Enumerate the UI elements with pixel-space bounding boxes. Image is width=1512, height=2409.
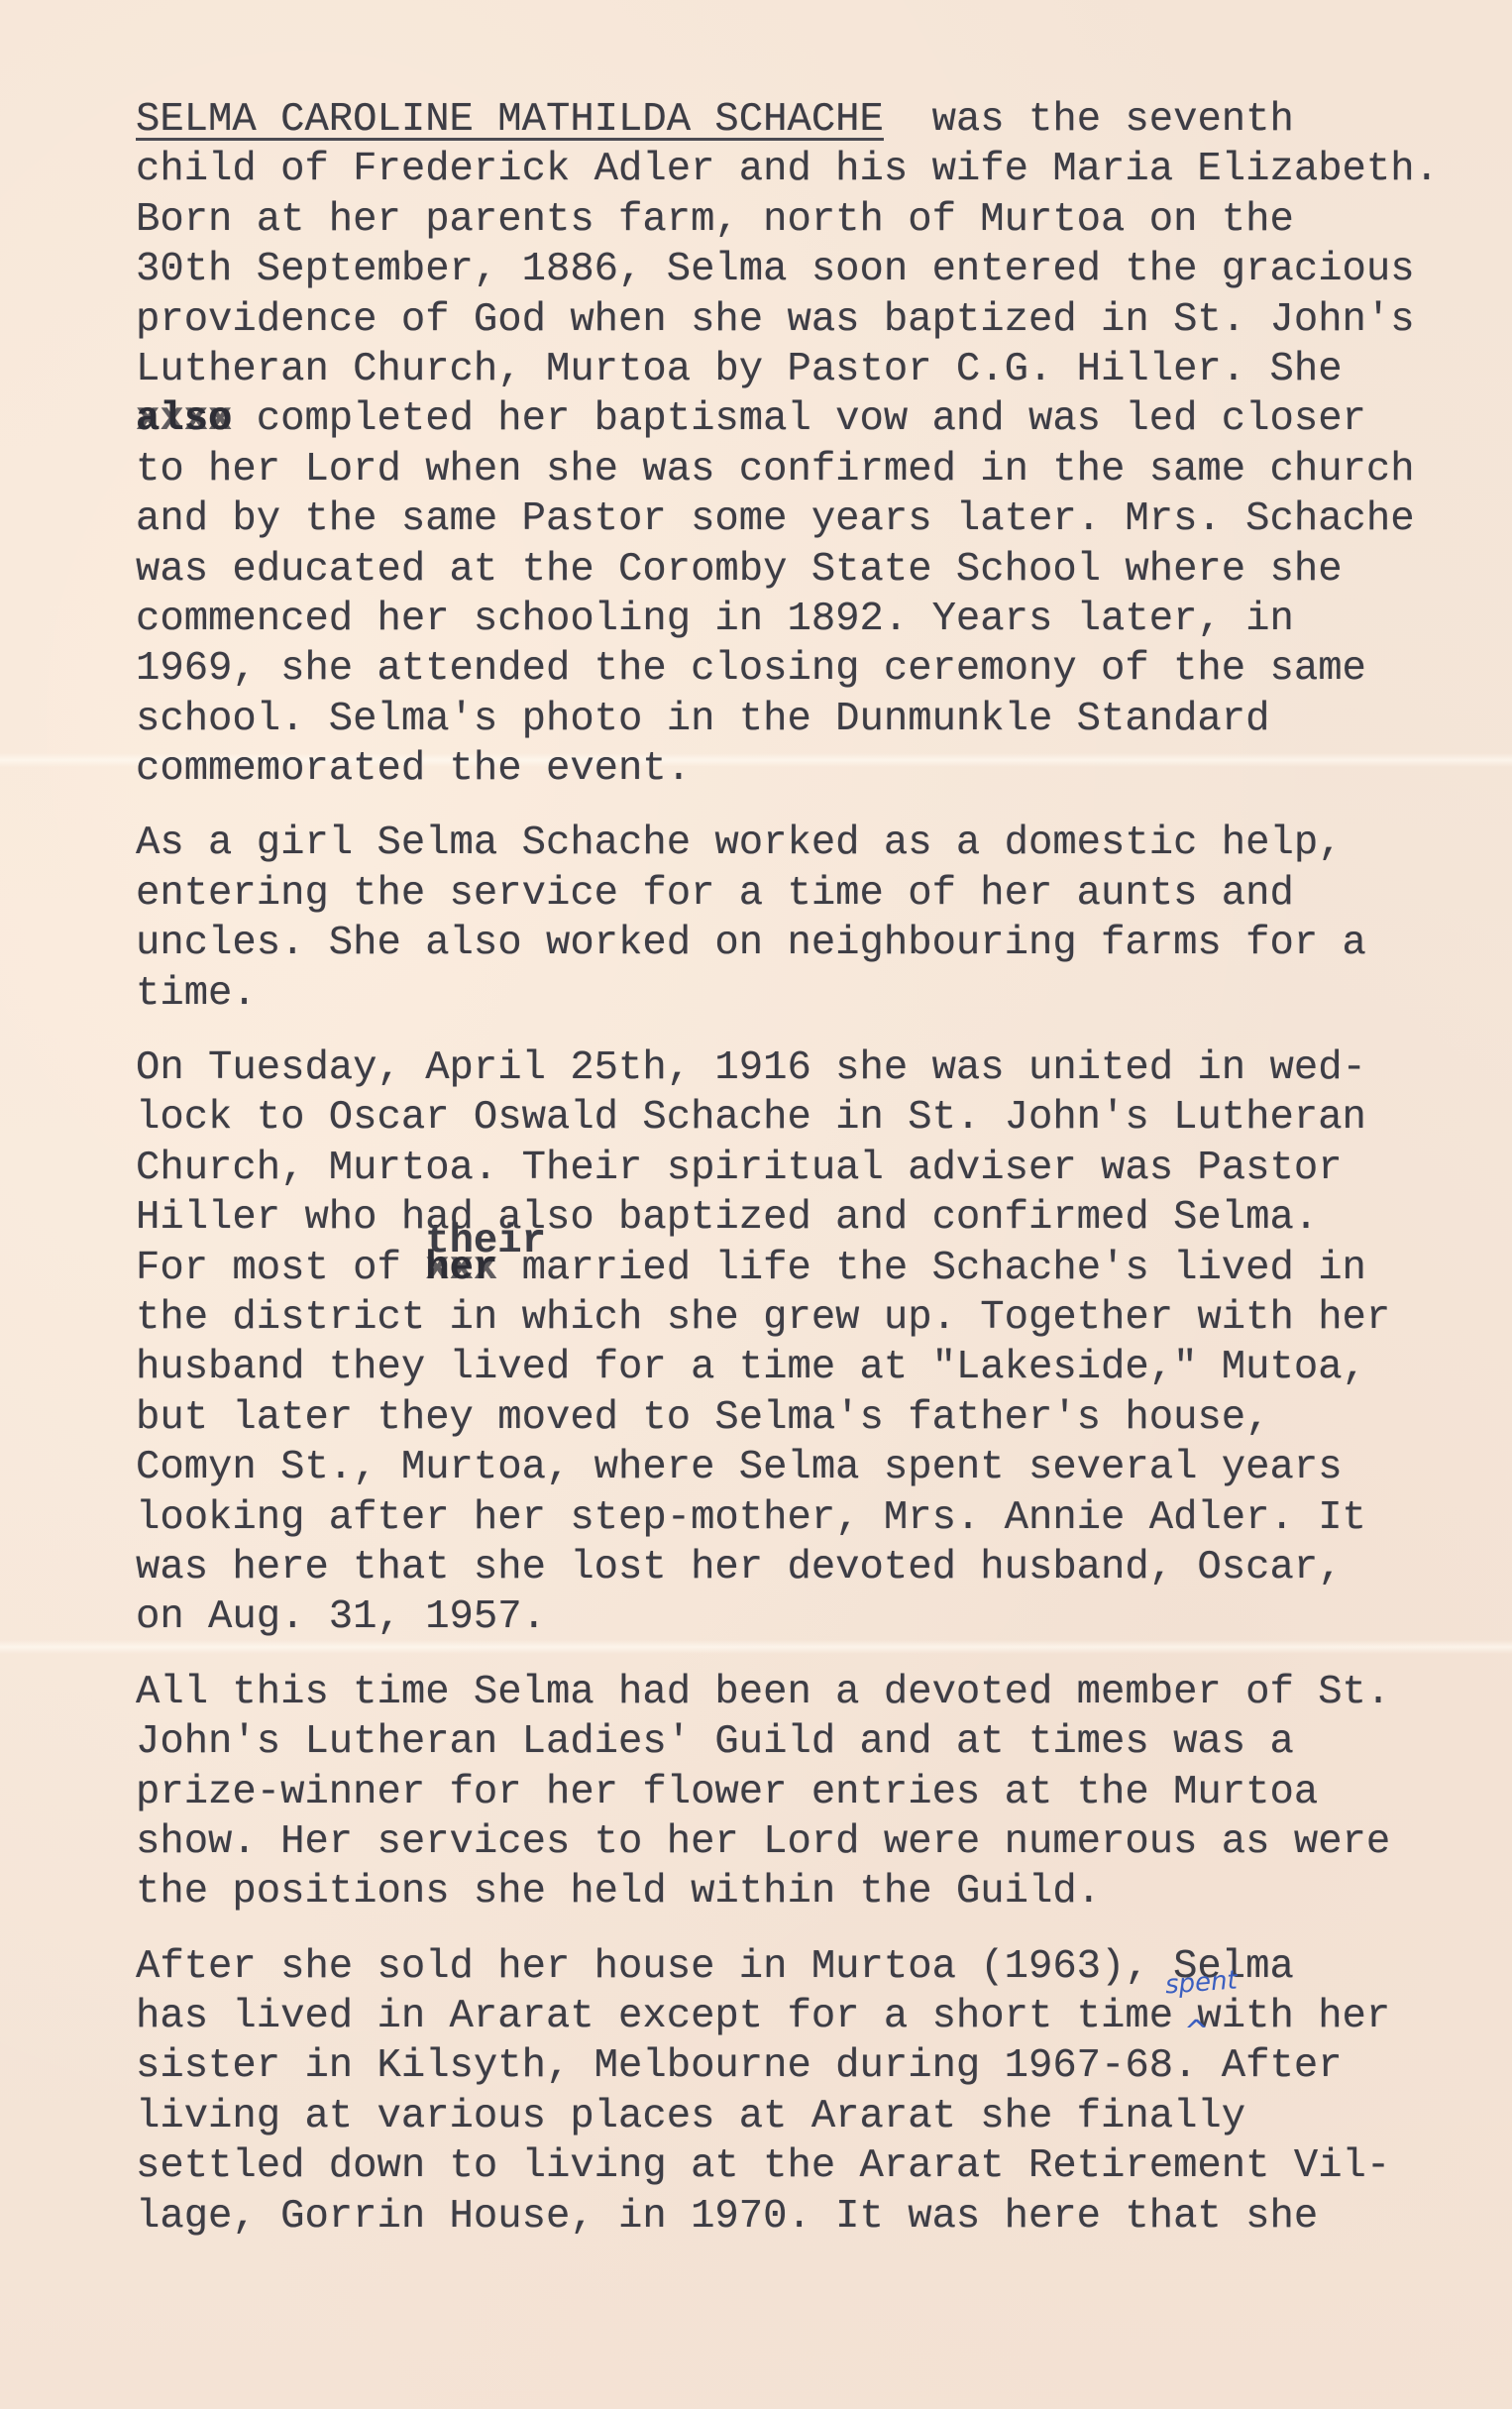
line-text: married life the Schache's lived in <box>497 1246 1366 1291</box>
text-line: but later they moved to Selma's father's… <box>136 1393 1439 1443</box>
insertion-caret-mark: ^ <box>1184 2018 1209 2047</box>
line-text: was the seventh <box>884 97 1294 143</box>
line-text: 1969, she attended the closing ceremony … <box>136 646 1366 692</box>
text-line: child of Frederick Adler and his wife Ma… <box>136 145 1439 194</box>
line-text: Comyn St., Murtoa, where Selma spent sev… <box>136 1445 1343 1490</box>
text-line: Church, Murtoa. Their spiritual adviser … <box>136 1144 1439 1193</box>
line-text: lock to Oscar Oswald Schache in St. John… <box>136 1095 1366 1141</box>
text-line: the positions she held within the Guild. <box>136 1867 1439 1916</box>
line-text: and by the same Pastor some years later.… <box>136 496 1415 542</box>
text-line: On Tuesday, April 25th, 1916 she was uni… <box>136 1043 1439 1093</box>
line-text: show. Her services to her Lord were nume… <box>136 1819 1390 1865</box>
text-line: and by the same Pastor some years later.… <box>136 494 1439 544</box>
text-line: Lutheran Church, Murtoa by Pastor C.G. H… <box>136 345 1439 394</box>
text-line: prize-winner for her flower entries at t… <box>136 1768 1439 1817</box>
struck-out-word: alsoxxxx <box>136 394 232 444</box>
line-text: 30th September, 1886, Selma soon entered… <box>136 247 1415 292</box>
paragraph: As a girl Selma Schache worked as a dome… <box>136 819 1439 1019</box>
text-line: 30th September, 1886, Selma soon entered… <box>136 245 1439 294</box>
line-text: child of Frederick Adler and his wife Ma… <box>136 147 1439 192</box>
line-text: settled down to living at the Ararat Ret… <box>136 2143 1390 2189</box>
text-line: entering the service for a time of her a… <box>136 869 1439 919</box>
overstrike-x: xxxx <box>136 394 232 444</box>
text-line: All this time Selma had been a devoted m… <box>136 1668 1439 1717</box>
line-text: Church, Murtoa. Their spiritual adviser … <box>136 1146 1343 1191</box>
paragraph: On Tuesday, April 25th, 1916 she was uni… <box>136 1043 1439 1643</box>
line-text: On Tuesday, April 25th, 1916 she was uni… <box>136 1045 1366 1091</box>
line-text: was educated at the Coromby State School… <box>136 547 1343 593</box>
text-line: to her Lord when she was confirmed in th… <box>136 445 1439 494</box>
text-line: on Aug. 31, 1957. <box>136 1592 1439 1642</box>
line-text: was here that she lost her devoted husba… <box>136 1545 1343 1590</box>
line-text: After she sold her house in Murtoa (1963… <box>136 1944 1294 1990</box>
text-line: Hiller who had also baptized and confirm… <box>136 1193 1439 1243</box>
text-line: lage, Gorrin House, in 1970. It was here… <box>136 2192 1439 2242</box>
text-line: school. Selma's photo in the Dunmunkle S… <box>136 695 1439 744</box>
line-text: As a girl Selma Schache worked as a dome… <box>136 821 1343 866</box>
line-text: uncles. She also worked on neighbouring … <box>136 921 1366 966</box>
line-text: husband they lived for a time at "Lakesi… <box>136 1345 1366 1390</box>
typed-correction: their <box>425 1222 546 1262</box>
text-line: John's Lutheran Ladies' Guild and at tim… <box>136 1717 1439 1767</box>
text-line: alsoxxxx completed her baptismal vow and… <box>136 394 1439 444</box>
line-text: to her Lord when she was confirmed in th… <box>136 447 1415 493</box>
text-line: After she sold her house in Murtoa (1963… <box>136 1942 1439 1992</box>
line-text: providence of God when she was baptized … <box>136 297 1415 343</box>
line-text: commenced her schooling in 1892. Years l… <box>136 597 1294 642</box>
paragraph: After she sold her house in Murtoa (1963… <box>136 1942 1439 2242</box>
line-text: the district in which she grew up. Toget… <box>136 1295 1390 1341</box>
text-line: looking after her step-mother, Mrs. Anni… <box>136 1493 1439 1543</box>
text-line: commenced her schooling in 1892. Years l… <box>136 595 1439 644</box>
text-line: SELMA CAROLINE MATHILDA SCHACHE was the … <box>136 95 1439 145</box>
line-text: All this time Selma had been a devoted m… <box>136 1670 1390 1715</box>
paragraph: SELMA CAROLINE MATHILDA SCHACHE was the … <box>136 95 1439 794</box>
line-text: Born at her parents farm, north of Murto… <box>136 197 1294 243</box>
text-line: providence of God when she was baptized … <box>136 295 1439 345</box>
line-text: Lutheran Church, Murtoa by Pastor C.G. H… <box>136 347 1343 392</box>
text-line: settled down to living at the Ararat Ret… <box>136 2141 1439 2191</box>
line-text: looking after her step-mother, Mrs. Anni… <box>136 1495 1366 1541</box>
line-text: school. Selma's photo in the Dunmunkle S… <box>136 697 1270 742</box>
struck-out-word: herxxxtheir <box>425 1244 497 1293</box>
line-text: living at various places at Ararat she f… <box>136 2094 1245 2139</box>
text-line: was educated at the Coromby State School… <box>136 545 1439 595</box>
line-text: completed her baptismal vow and was led … <box>232 396 1366 442</box>
line-text: prize-winner for her flower entries at t… <box>136 1770 1318 1815</box>
text-line: As a girl Selma Schache worked as a dome… <box>136 819 1439 868</box>
text-line: Comyn St., Murtoa, where Selma spent sev… <box>136 1443 1439 1492</box>
line-text: John's Lutheran Ladies' Guild and at tim… <box>136 1719 1294 1765</box>
text-line: living at various places at Ararat she f… <box>136 2092 1439 2141</box>
line-text: Hiller who had also baptized and confirm… <box>136 1195 1318 1241</box>
text-line: 1969, she attended the closing ceremony … <box>136 644 1439 694</box>
text-line: time. <box>136 969 1439 1019</box>
text-line: husband they lived for a time at "Lakesi… <box>136 1343 1439 1392</box>
text-line: uncles. She also worked on neighbouring … <box>136 919 1439 968</box>
text-line: has lived in Ararat except for a short t… <box>136 1992 1439 2041</box>
line-text: lage, Gorrin House, in 1970. It was here… <box>136 2194 1318 2240</box>
handwritten-insertion: spent <box>1165 1968 1239 1999</box>
paragraph: All this time Selma had been a devoted m… <box>136 1668 1439 1917</box>
line-text: sister in Kilsyth, Melbourne during 1967… <box>136 2043 1343 2089</box>
text-line: For most of herxxxtheir married life the… <box>136 1244 1439 1293</box>
line-text: on Aug. 31, 1957. <box>136 1594 546 1640</box>
text-line: lock to Oscar Oswald Schache in St. John… <box>136 1093 1439 1143</box>
line-text: the positions she held within the Guild. <box>136 1869 1101 1915</box>
line-text: commemorated the event. <box>136 746 691 792</box>
text-line: commemorated the event. <box>136 744 1439 794</box>
line-text: time. <box>136 971 257 1017</box>
line-text: but later they moved to Selma's father's… <box>136 1395 1270 1441</box>
typewritten-body: SELMA CAROLINE MATHILDA SCHACHE was the … <box>136 95 1439 2266</box>
text-line: was here that she lost her devoted husba… <box>136 1543 1439 1592</box>
line-text: For most of <box>136 1246 425 1291</box>
line-text: entering the service for a time of her a… <box>136 871 1294 917</box>
document-page: SELMA CAROLINE MATHILDA SCHACHE was the … <box>0 0 1512 2409</box>
text-line: Born at her parents farm, north of Murto… <box>136 195 1439 245</box>
text-line: the district in which she grew up. Toget… <box>136 1293 1439 1343</box>
document-title: SELMA CAROLINE MATHILDA SCHACHE <box>136 97 884 143</box>
text-line: sister in Kilsyth, Melbourne during 1967… <box>136 2041 1439 2091</box>
text-line: show. Her services to her Lord were nume… <box>136 1817 1439 1867</box>
